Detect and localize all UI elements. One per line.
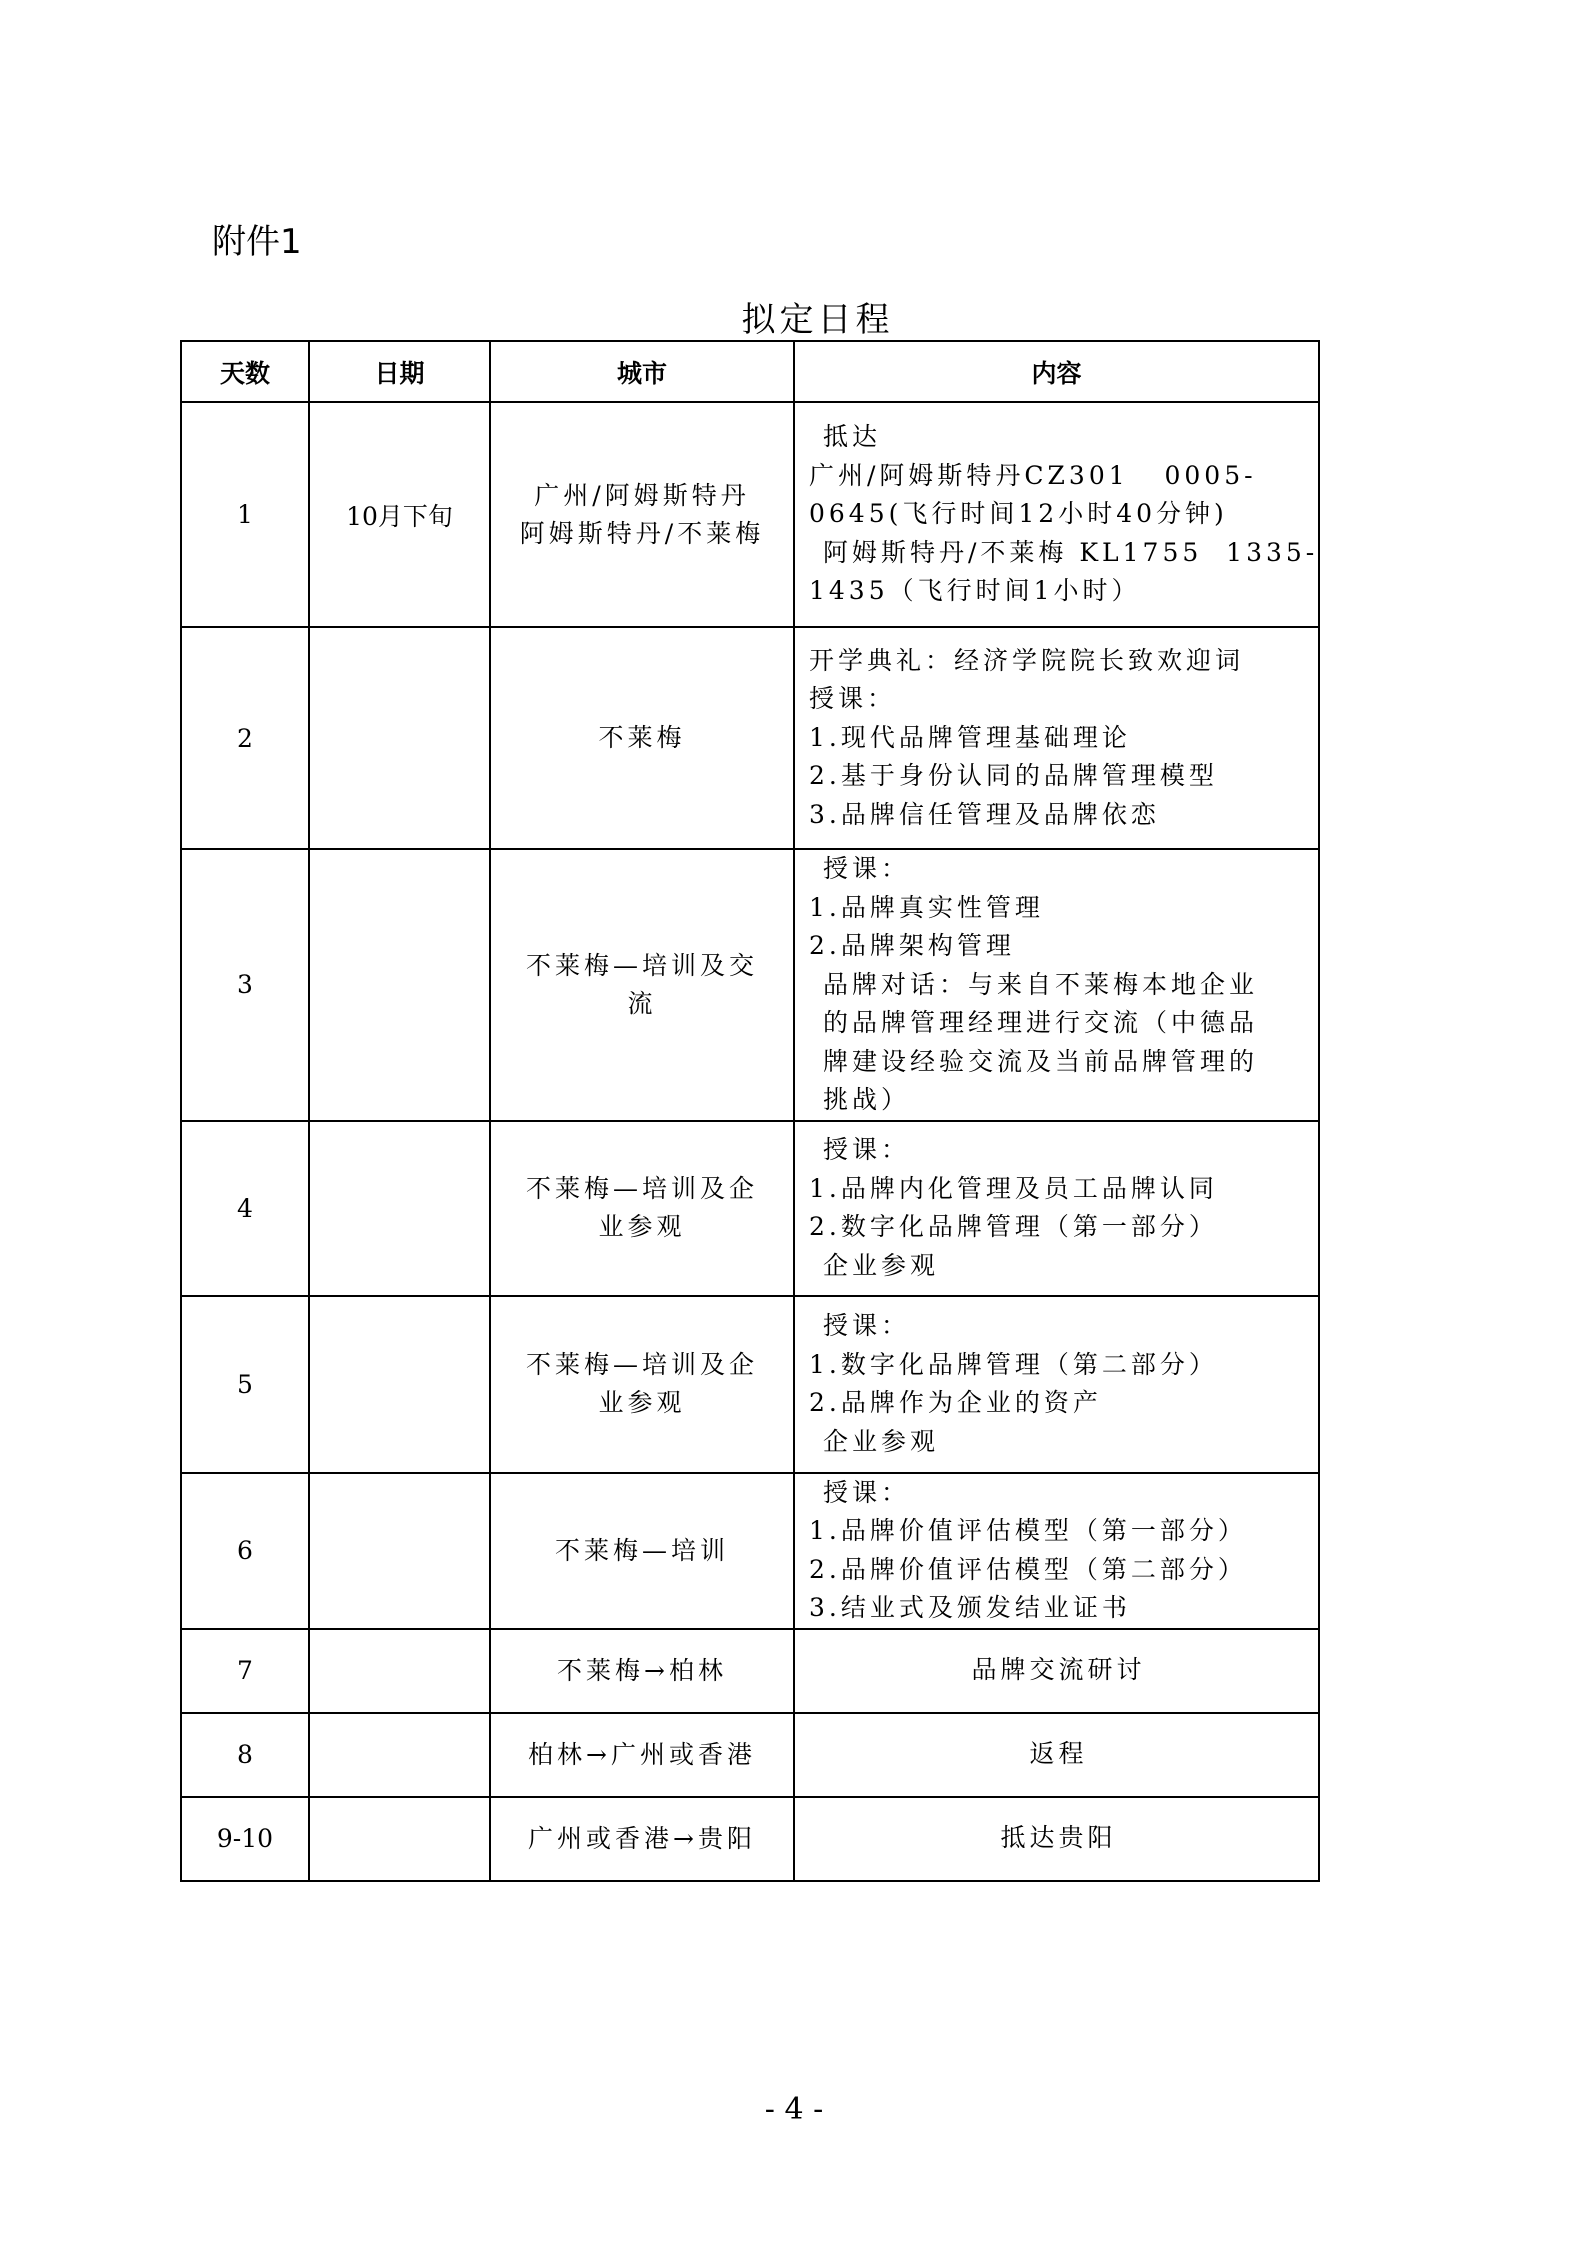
content-line: 牌建设经验交流及当前品牌管理的 bbox=[809, 1043, 1308, 1082]
content-line: 2.品牌价值评估模型（第二部分） bbox=[809, 1551, 1308, 1590]
content-line: 授课： bbox=[809, 1307, 1308, 1346]
city-line: 不莱梅→柏林 bbox=[505, 1652, 779, 1690]
content-line: 挑战） bbox=[809, 1081, 1308, 1120]
content-line: 品牌交流研讨 bbox=[809, 1651, 1308, 1690]
city-line: 阿姆斯特丹/不莱梅 bbox=[505, 515, 779, 553]
cell-content: 品牌交流研讨 bbox=[794, 1629, 1319, 1713]
content-line: 授课： bbox=[809, 850, 1308, 889]
table-row: 3不莱梅—培训及交流授课：1.品牌真实性管理2.品牌架构管理品牌对话：与来自不莱… bbox=[181, 849, 1319, 1121]
page-title: 拟定日程 bbox=[0, 292, 1588, 341]
page-number: - 4 - bbox=[0, 2092, 1588, 2127]
content-line: 开学典礼：经济学院院长致欢迎词 bbox=[809, 642, 1308, 681]
table-row: 6不莱梅—培训授课：1.品牌价值评估模型（第一部分）2.品牌价值评估模型（第二部… bbox=[181, 1473, 1319, 1629]
header-content: 内容 bbox=[794, 341, 1319, 402]
content-line: 1.数字化品牌管理（第二部分） bbox=[809, 1346, 1308, 1385]
content-line: 1.品牌内化管理及员工品牌认同 bbox=[809, 1170, 1308, 1209]
cell-city: 广州/阿姆斯特丹阿姆斯特丹/不莱梅 bbox=[490, 402, 794, 627]
content-line: 1.品牌真实性管理 bbox=[809, 889, 1308, 928]
cell-date bbox=[309, 1473, 490, 1629]
cell-city: 不莱梅→柏林 bbox=[490, 1629, 794, 1713]
header-date: 日期 bbox=[309, 341, 490, 402]
content-line: 企业参观 bbox=[809, 1247, 1308, 1286]
cell-city: 广州或香港→贵阳 bbox=[490, 1797, 794, 1881]
table-header-row: 天数 日期 城市 内容 bbox=[181, 341, 1319, 402]
city-line: 流 bbox=[505, 985, 779, 1023]
city-line: 业参观 bbox=[505, 1384, 779, 1422]
table-row: 110月下旬广州/阿姆斯特丹阿姆斯特丹/不莱梅抵达广州/阿姆斯特丹CZ301 0… bbox=[181, 402, 1319, 627]
cell-day: 8 bbox=[181, 1713, 309, 1797]
cell-city: 不莱梅 bbox=[490, 627, 794, 849]
cell-content: 授课：1.数字化品牌管理（第二部分）2.品牌作为企业的资产企业参观 bbox=[794, 1296, 1319, 1473]
table-row: 8柏林→广州或香港返程 bbox=[181, 1713, 1319, 1797]
content-line: 2.品牌作为企业的资产 bbox=[809, 1384, 1308, 1423]
cell-day: 9-10 bbox=[181, 1797, 309, 1881]
cell-content: 返程 bbox=[794, 1713, 1319, 1797]
cell-day: 7 bbox=[181, 1629, 309, 1713]
content-line: 广州/阿姆斯特丹CZ301 0005- bbox=[809, 457, 1308, 496]
table-row: 7不莱梅→柏林品牌交流研讨 bbox=[181, 1629, 1319, 1713]
cell-city: 不莱梅—培训及企业参观 bbox=[490, 1121, 794, 1296]
cell-content: 授课：1.品牌内化管理及员工品牌认同2.数字化品牌管理（第一部分）企业参观 bbox=[794, 1121, 1319, 1296]
cell-date bbox=[309, 1121, 490, 1296]
content-line: 企业参观 bbox=[809, 1423, 1308, 1462]
cell-content: 授课：1.品牌价值评估模型（第一部分）2.品牌价值评估模型（第二部分）3.结业式… bbox=[794, 1473, 1319, 1629]
content-line: 授课： bbox=[809, 680, 1308, 719]
cell-date bbox=[309, 1713, 490, 1797]
table-row: 4不莱梅—培训及企业参观授课：1.品牌内化管理及员工品牌认同2.数字化品牌管理（… bbox=[181, 1121, 1319, 1296]
city-line: 柏林→广州或香港 bbox=[505, 1736, 779, 1774]
content-line: 抵达贵阳 bbox=[809, 1819, 1308, 1858]
table-row: 9-10广州或香港→贵阳抵达贵阳 bbox=[181, 1797, 1319, 1881]
cell-date bbox=[309, 1296, 490, 1473]
cell-date bbox=[309, 1629, 490, 1713]
content-line: 2.基于身份认同的品牌管理模型 bbox=[809, 757, 1308, 796]
cell-day: 3 bbox=[181, 849, 309, 1121]
cell-city: 不莱梅—培训及交流 bbox=[490, 849, 794, 1121]
cell-content: 抵达贵阳 bbox=[794, 1797, 1319, 1881]
content-line: 授课： bbox=[809, 1131, 1308, 1170]
header-day: 天数 bbox=[181, 341, 309, 402]
content-line: 返程 bbox=[809, 1735, 1308, 1774]
cell-content: 开学典礼：经济学院院长致欢迎词授课：1.现代品牌管理基础理论2.基于身份认同的品… bbox=[794, 627, 1319, 849]
content-line: 0645(飞行时间12小时40分钟) bbox=[809, 495, 1308, 534]
content-line: 抵达 bbox=[809, 418, 1308, 457]
content-line: 阿姆斯特丹/不莱梅 KL1755 1335- bbox=[809, 534, 1308, 573]
content-line: 品牌对话：与来自不莱梅本地企业 bbox=[809, 966, 1308, 1005]
content-line: 的品牌管理经理进行交流（中德品 bbox=[809, 1004, 1308, 1043]
city-line: 不莱梅—培训及企 bbox=[505, 1170, 779, 1208]
table-row: 5不莱梅—培训及企业参观授课：1.数字化品牌管理（第二部分）2.品牌作为企业的资… bbox=[181, 1296, 1319, 1473]
city-line: 不莱梅—培训及企 bbox=[505, 1346, 779, 1384]
content-line: 1.品牌价值评估模型（第一部分） bbox=[809, 1512, 1308, 1551]
cell-content: 抵达广州/阿姆斯特丹CZ301 0005-0645(飞行时间12小时40分钟)阿… bbox=[794, 402, 1319, 627]
cell-content: 授课：1.品牌真实性管理2.品牌架构管理品牌对话：与来自不莱梅本地企业的品牌管理… bbox=[794, 849, 1319, 1121]
header-city: 城市 bbox=[490, 341, 794, 402]
city-line: 广州/阿姆斯特丹 bbox=[505, 477, 779, 515]
content-line: 1.现代品牌管理基础理论 bbox=[809, 719, 1308, 758]
cell-date bbox=[309, 1797, 490, 1881]
city-line: 不莱梅—培训 bbox=[505, 1532, 779, 1570]
content-line: 授课： bbox=[809, 1474, 1308, 1513]
table-row: 2不莱梅开学典礼：经济学院院长致欢迎词授课：1.现代品牌管理基础理论2.基于身份… bbox=[181, 627, 1319, 849]
city-line: 不莱梅 bbox=[505, 719, 779, 757]
content-line: 1435（飞行时间1小时） bbox=[809, 572, 1308, 611]
cell-day: 4 bbox=[181, 1121, 309, 1296]
cell-day: 1 bbox=[181, 402, 309, 627]
cell-day: 6 bbox=[181, 1473, 309, 1629]
content-line: 3.结业式及颁发结业证书 bbox=[809, 1589, 1308, 1628]
city-line: 业参观 bbox=[505, 1208, 779, 1246]
content-line: 2.品牌架构管理 bbox=[809, 927, 1308, 966]
attachment-label: 附件1 bbox=[212, 222, 302, 263]
cell-date bbox=[309, 849, 490, 1121]
cell-day: 5 bbox=[181, 1296, 309, 1473]
cell-city: 不莱梅—培训及企业参观 bbox=[490, 1296, 794, 1473]
schedule-table: 天数 日期 城市 内容 110月下旬广州/阿姆斯特丹阿姆斯特丹/不莱梅抵达广州/… bbox=[180, 340, 1320, 1882]
cell-date: 10月下旬 bbox=[309, 402, 490, 627]
content-line: 2.数字化品牌管理（第一部分） bbox=[809, 1208, 1308, 1247]
city-line: 不莱梅—培训及交 bbox=[505, 947, 779, 985]
cell-city: 不莱梅—培训 bbox=[490, 1473, 794, 1629]
city-line: 广州或香港→贵阳 bbox=[505, 1820, 779, 1858]
cell-city: 柏林→广州或香港 bbox=[490, 1713, 794, 1797]
cell-date bbox=[309, 627, 490, 849]
content-line: 3.品牌信任管理及品牌依恋 bbox=[809, 796, 1308, 835]
cell-day: 2 bbox=[181, 627, 309, 849]
